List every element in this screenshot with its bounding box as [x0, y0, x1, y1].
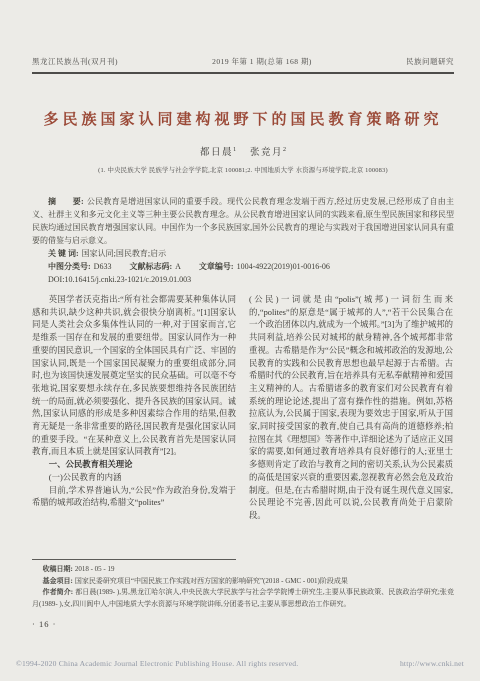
author-2: 张竞月2 — [250, 148, 286, 158]
journal-column: 民族问题研究 — [406, 56, 454, 67]
document-code: 文献标志码:A — [129, 262, 180, 271]
abstract-paragraph: 摘 要:公民教育是增进国家认同的重要手段。现代公民教育理念发端于西方,经过历史发… — [32, 195, 454, 247]
abstract-text: 公民教育是增进国家认同的重要手段。现代公民教育理念发端于西方,经过历史发展,已经… — [32, 197, 454, 245]
body-paragraph: 目前,学术界普遍认为,“公民”作为政治身份,发端于希腊的城邦政治结构,希腊文“p… — [32, 485, 236, 510]
article-meta-line: 中图分类号:D633 文献标志码:A 文章编号:1004-4922(2019)0… — [32, 260, 454, 273]
page-number: · 16 · — [32, 619, 454, 629]
author-affiliations: (1. 中央民族大学 民族学与社会学学院,北京 100081;2. 中国地质大学… — [32, 165, 454, 174]
journal-header: 黑龙江民族丛刊(双月刊) 2019 年第 1 期(总第 168 期) 民族问题研… — [32, 56, 454, 74]
author-2-affiliation-mark: 2 — [283, 147, 286, 153]
keywords-text: 国家认同;国民教育;启示 — [82, 249, 166, 258]
keywords-line: 关 键 词:国家认同;国民教育;启示 — [32, 247, 454, 260]
author-1: 都日晨1 — [200, 148, 236, 158]
received-date-line: 收稿日期:2018 - 05 - 19 — [32, 564, 454, 576]
subsection-heading-1-1: (一)公民教育的内涵 — [32, 472, 236, 485]
journal-name: 黑龙江民族丛刊(双月刊) — [32, 56, 118, 67]
footnote-separator-rule — [32, 559, 236, 560]
article-number: 文章编号:1004-4922(2019)01-0016-06 — [199, 262, 330, 271]
abstract-label: 摘 要: — [48, 197, 84, 206]
section-heading-1: 一、公民教育相关理论 — [32, 459, 236, 472]
journal-issue: 2019 年第 1 期(总第 168 期) — [212, 56, 312, 67]
body-paragraph: (公民)一词就是由“polis”(城邦)一词衍生而来的,“polites”的原意… — [249, 294, 453, 523]
author-bio-line: 作者简介:都日晨(1989- ),男,黑龙江哈尔滨人,中央民族大学民族学与社会学… — [32, 587, 454, 610]
body-paragraph: 英国学者沃克指出:“所有社会都需要某种集体认同感和共识,缺少这种共识,就会很快分… — [32, 294, 236, 459]
fund-project-line: 基金项目:国家民委研究项目“中国民族工作实践对西方国家的影响研究”(2018 -… — [32, 576, 454, 588]
cnki-url: http://www.cnki.net — [400, 659, 464, 668]
page-content: 黑龙江民族丛刊(双月刊) 2019 年第 1 期(总第 168 期) 民族问题研… — [0, 0, 480, 629]
right-column: (公民)一词就是由“polis”(城邦)一词衍生而来的,“polites”的原意… — [249, 294, 453, 554]
left-column: 英国学者沃克指出:“所有社会都需要某种集体认同感和共识,缺少这种共识,就会很快分… — [32, 294, 236, 554]
footnote-area: 收稿日期:2018 - 05 - 19 基金项目:国家民委研究项目“中国民族工作… — [32, 559, 454, 610]
clc-number: 中图分类号:D633 — [48, 262, 111, 271]
copyright-text: ©1994-2020 China Academic Journal Electr… — [16, 659, 298, 668]
cnki-copyright-line: ©1994-2020 China Academic Journal Electr… — [16, 659, 464, 668]
keywords-label: 关 键 词: — [48, 249, 79, 258]
article-title: 多民族国家认同建构视野下的国民教育策略研究 — [32, 108, 454, 129]
body-columns: 英国学者沃克指出:“所有社会都需要某种集体认同感和共识,缺少这种共识,就会很快分… — [32, 294, 454, 554]
author-1-affiliation-mark: 1 — [233, 147, 236, 153]
doi-line: DOI:10.16415/j.cnki.23-1021/c.2019.01.00… — [32, 273, 454, 286]
journal-page-scan: 黑龙江民族丛刊(双月刊) 2019 年第 1 期(总第 168 期) 民族问题研… — [0, 0, 480, 681]
author-line: 都日晨1 张竞月2 — [32, 144, 454, 158]
abstract-block: 摘 要:公民教育是增进国家认同的重要手段。现代公民教育理念发端于西方,经过历史发… — [32, 195, 454, 286]
